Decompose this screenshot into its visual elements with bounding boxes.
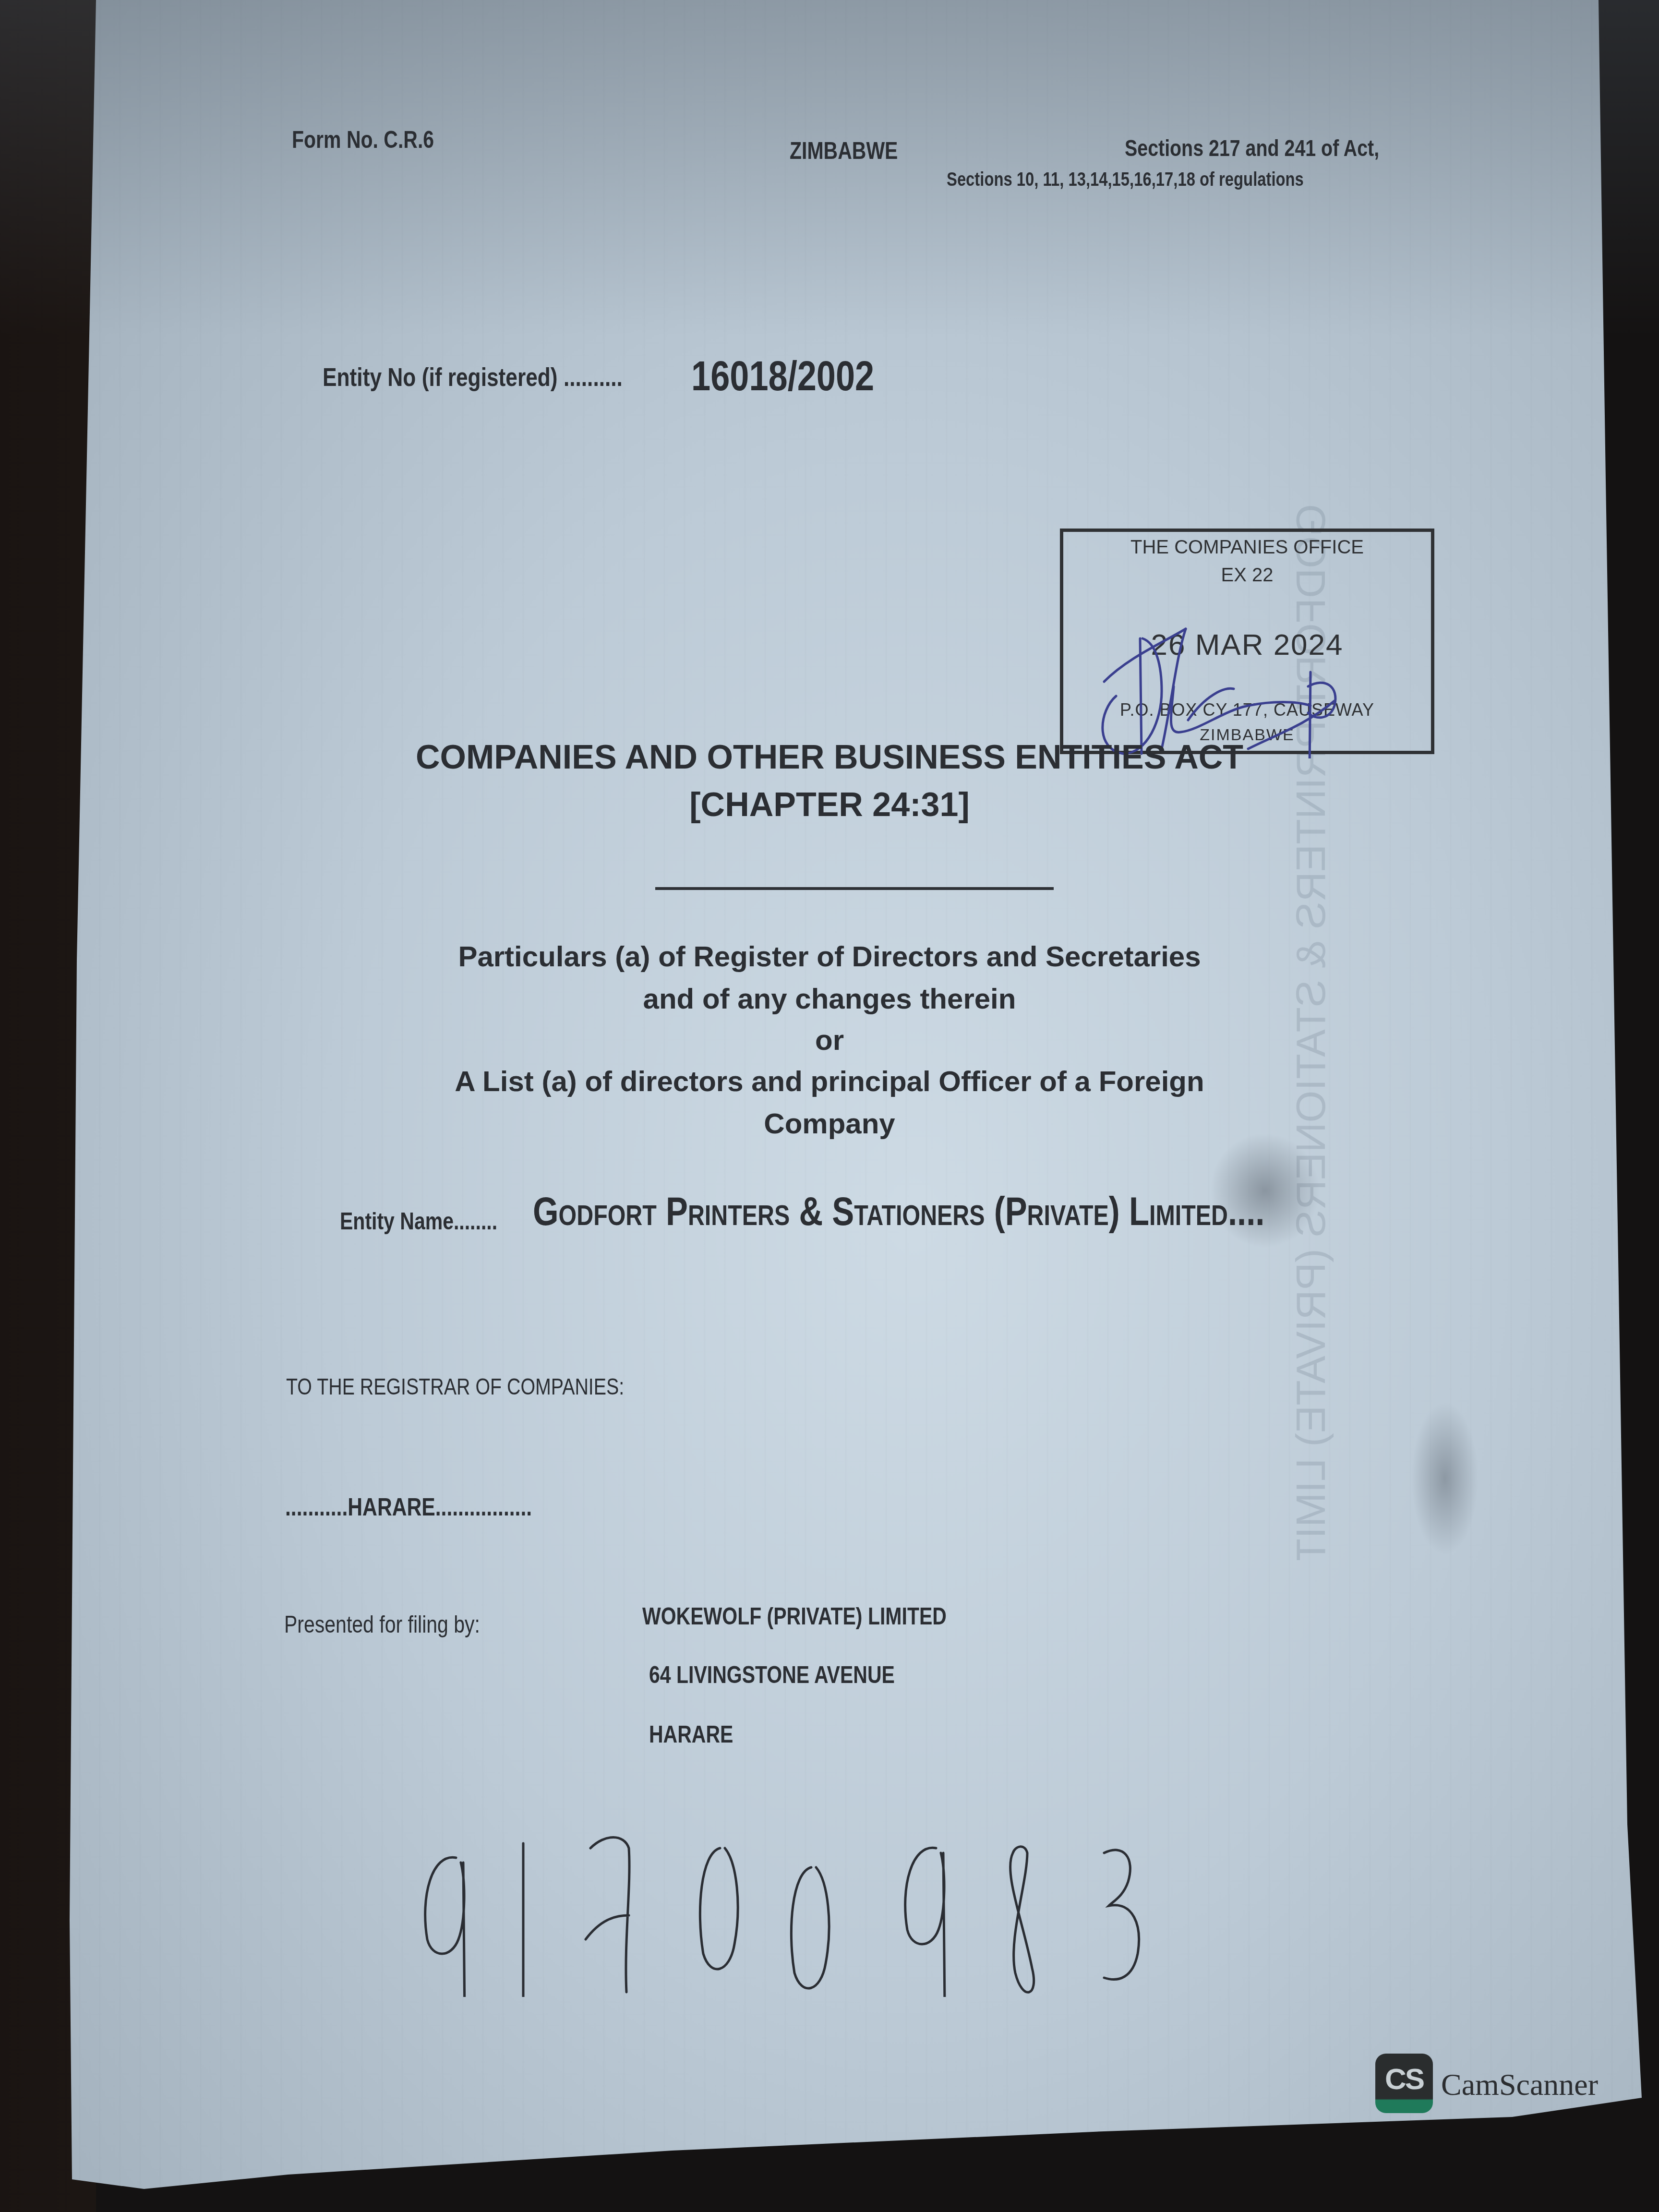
stamp-code: EX 22 [1063, 565, 1431, 586]
entity-name-label: Entity Name........ [340, 1207, 497, 1235]
particulars-line-1: Particulars (a) of Register of Directors… [0, 940, 1659, 973]
form-number: Form No. C.R.6 [292, 126, 434, 154]
act-title: COMPANIES AND OTHER BUSINESS ENTITIES AC… [0, 738, 1659, 776]
presenter-street: 64 LIVINGSTONE AVENUE [649, 1661, 895, 1689]
entity-name-value: Godfort Printers & Stationers (Private) … [533, 1188, 1264, 1235]
particulars-line-4: Company [0, 1107, 1659, 1140]
stamp-date: 26 MAR 2024 [1063, 628, 1431, 662]
camscanner-logo-text: CS [1375, 2062, 1433, 2096]
camscanner-brand: CamScanner [1441, 2067, 1598, 2103]
particulars-line-2: and of any changes therein [0, 982, 1659, 1015]
act-sections: Sections 217 and 241 of Act, [1125, 135, 1379, 162]
regulation-sections: Sections 10, 11, 13,14,15,16,17,18 of re… [947, 169, 1304, 191]
registrar-heading: TO THE REGISTRAR OF COMPANIES: [286, 1374, 624, 1400]
particulars-line-3: A List (a) of directors and principal Of… [0, 1065, 1659, 1098]
registrar-city: ...........HARARE................. [285, 1493, 532, 1522]
entity-number-value: 16018/2002 [691, 351, 874, 400]
presenter-city: HARARE [649, 1720, 733, 1748]
particulars-or: or [0, 1023, 1659, 1057]
camscanner-logo-icon: CS [1375, 2054, 1433, 2113]
companies-office-stamp: THE COMPANIES OFFICE EX 22 26 MAR 2024 P… [1060, 529, 1434, 754]
stamp-office: THE COMPANIES OFFICE [1063, 537, 1431, 558]
act-chapter: [CHAPTER 24:31] [0, 785, 1659, 824]
presenter-name: WOKEWOLF (PRIVATE) LIMITED [642, 1602, 947, 1630]
entity-number-label: Entity No (if registered) .......... [323, 362, 623, 392]
presented-by-label: Presented for filing by: [284, 1611, 480, 1638]
stamp-address: P.O. BOX CY 177, CAUSEWAY [1063, 700, 1431, 720]
divider-line [655, 887, 1054, 890]
country-heading: ZIMBABWE [790, 137, 898, 165]
document-page [0, 0, 1659, 2212]
